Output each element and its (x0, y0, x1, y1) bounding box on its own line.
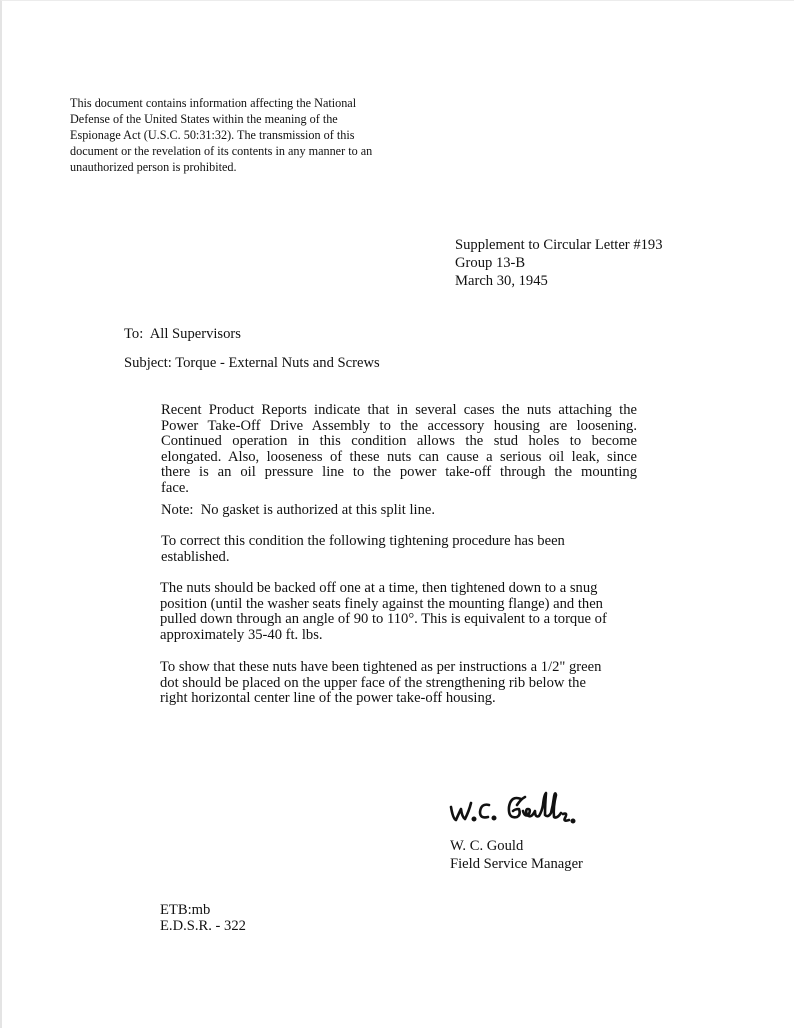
paragraph-line: there is an oil pressure line to the pow… (161, 465, 637, 481)
notice-line: Defense of the United States within the … (70, 111, 410, 127)
paragraph-line: position (until the washer seats finely … (160, 597, 607, 613)
paragraph-tightening-procedure: The nuts should be backed off one at a t… (160, 581, 607, 643)
paragraph-line: Power Take-Off Drive Assembly to the acc… (161, 419, 637, 435)
security-notice: This document contains information affec… (70, 95, 410, 175)
paragraph-product-reports: Recent Product Reports indicate that in … (161, 403, 637, 497)
paragraph-line: approximately 35-40 ft. lbs. (160, 628, 607, 644)
paragraph-line: pulled down through an angle of 90 to 11… (160, 612, 607, 628)
notice-line: unauthorized person is prohibited. (70, 159, 410, 175)
signatory-title: Field Service Manager (450, 855, 583, 873)
signatory-block: W. C. Gould Field Service Manager (450, 837, 583, 873)
recipient-line: To: All Supervisors (124, 326, 241, 343)
paragraph-line: right horizontal center line of the powe… (160, 691, 601, 707)
gasket-note: Note: No gasket is authorized at this sp… (161, 503, 435, 519)
typist-initials: ETB:mb (160, 902, 246, 918)
reference-initials: ETB:mb E.D.S.R. - 322 (160, 902, 246, 934)
circular-reference: Supplement to Circular Letter #193 (455, 236, 663, 254)
note-text: Note: No gasket is authorized at this sp… (161, 503, 435, 519)
notice-line: This document contains information affec… (70, 95, 410, 111)
letter-date: March 30, 1945 (455, 272, 663, 290)
paragraph-line: To correct this condition the following … (161, 534, 565, 550)
subject-line: Subject: Torque - External Nuts and Scre… (124, 355, 380, 372)
notice-line: document or the revelation of its conten… (70, 143, 410, 159)
paragraph-line: The nuts should be backed off one at a t… (160, 581, 607, 597)
paragraph-green-dot: To show that these nuts have been tighte… (160, 660, 601, 707)
paragraph-procedure-intro: To correct this condition the following … (161, 534, 565, 565)
paragraph-line: Continued operation in this condition al… (161, 434, 637, 450)
report-code: E.D.S.R. - 322 (160, 918, 246, 934)
handwritten-signature (447, 791, 587, 829)
paragraph-line: dot should be placed on the upper face o… (160, 676, 601, 692)
letter-header: Supplement to Circular Letter #193 Group… (455, 236, 663, 290)
signatory-name: W. C. Gould (450, 837, 583, 855)
paragraph-line: elongated. Also, looseness of these nuts… (161, 450, 637, 466)
paragraph-line: face. (161, 481, 637, 497)
paragraph-line: established. (161, 550, 565, 566)
paragraph-line: To show that these nuts have been tighte… (160, 660, 601, 676)
group-label: Group 13-B (455, 254, 663, 272)
paragraph-line: Recent Product Reports indicate that in … (161, 403, 637, 419)
notice-line: Espionage Act (U.S.C. 50:31:32). The tra… (70, 127, 410, 143)
